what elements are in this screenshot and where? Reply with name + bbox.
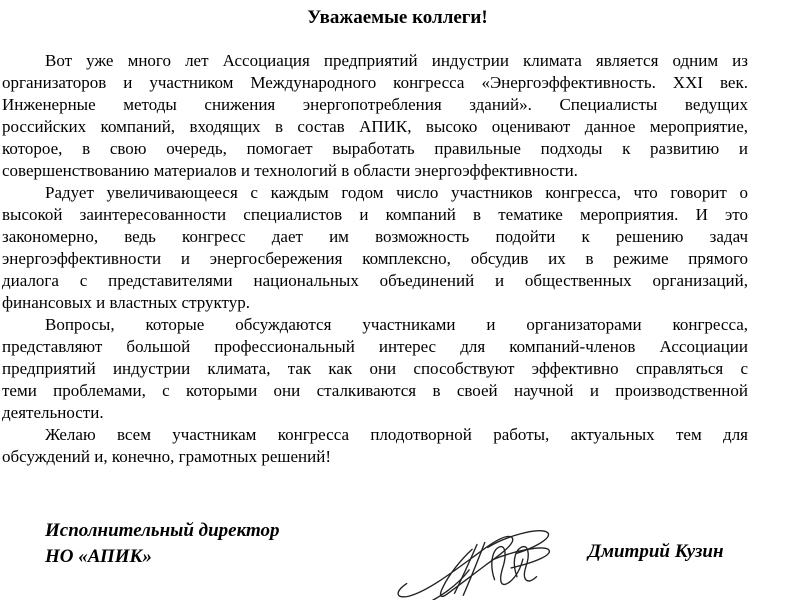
letter-title: Уважаемые коллеги! bbox=[0, 6, 795, 30]
signer-position: Исполнительный директор НО «АПИК» bbox=[45, 518, 279, 570]
paragraph-line: Желаю всем участникам конгресса плодотво… bbox=[2, 424, 748, 446]
paragraph-line: Радует увеличивающееся с каждым годом чи… bbox=[2, 182, 748, 204]
signer-position-line2: НО «АПИК» bbox=[45, 544, 279, 570]
paragraph-line: организаторов и участником Международног… bbox=[2, 72, 748, 94]
handwritten-signature-icon bbox=[392, 523, 560, 600]
paragraph-line: Вот уже много лет Ассоциация предприятий… bbox=[2, 50, 748, 72]
paragraph-line: предприятий индустрии климата, так как о… bbox=[2, 358, 748, 380]
paragraph-line: высокой заинтересованности специалистов … bbox=[2, 204, 748, 226]
letter-page: Уважаемые коллеги! Вот уже много лет Асс… bbox=[0, 6, 795, 600]
paragraph-line: Вопросы, которые обсуждаются участниками… bbox=[2, 314, 748, 336]
signer-position-line1: Исполнительный директор bbox=[45, 518, 279, 544]
paragraph: Радует увеличивающееся с каждым годом чи… bbox=[2, 182, 748, 314]
paragraph-line: энергоэффективности и энергосбережения к… bbox=[2, 248, 748, 270]
paragraph-line: деятельности. bbox=[2, 402, 748, 424]
signer-name: Дмитрий Кузин bbox=[588, 541, 724, 563]
paragraph: Желаю всем участникам конгресса плодотво… bbox=[2, 424, 748, 468]
paragraph: Вот уже много лет Ассоциация предприятий… bbox=[2, 50, 748, 182]
paragraph-line: закономерно, ведь конгресс дает им возмо… bbox=[2, 226, 748, 248]
paragraph-line: представляют большой профессиональный ин… bbox=[2, 336, 748, 358]
paragraph-line: совершенствованию материалов и технологи… bbox=[2, 160, 748, 182]
paragraph-line: российских компаний, входящих в состав А… bbox=[2, 116, 748, 138]
paragraph-line: обсуждений и, конечно, грамотных решений… bbox=[2, 446, 748, 468]
letter-body: Вот уже много лет Ассоциация предприятий… bbox=[2, 50, 748, 468]
paragraph-line: финансовых и властных структур. bbox=[2, 292, 748, 314]
paragraph-line: теми проблемами, с которыми они сталкива… bbox=[2, 380, 748, 402]
paragraph-line: диалога с представителями национальных о… bbox=[2, 270, 748, 292]
paragraph-line: Инженерные методы снижения энергопотребл… bbox=[2, 94, 748, 116]
paragraph-line: которое, в свою очередь, помогает вырабо… bbox=[2, 138, 748, 160]
paragraph: Вопросы, которые обсуждаются участниками… bbox=[2, 314, 748, 424]
